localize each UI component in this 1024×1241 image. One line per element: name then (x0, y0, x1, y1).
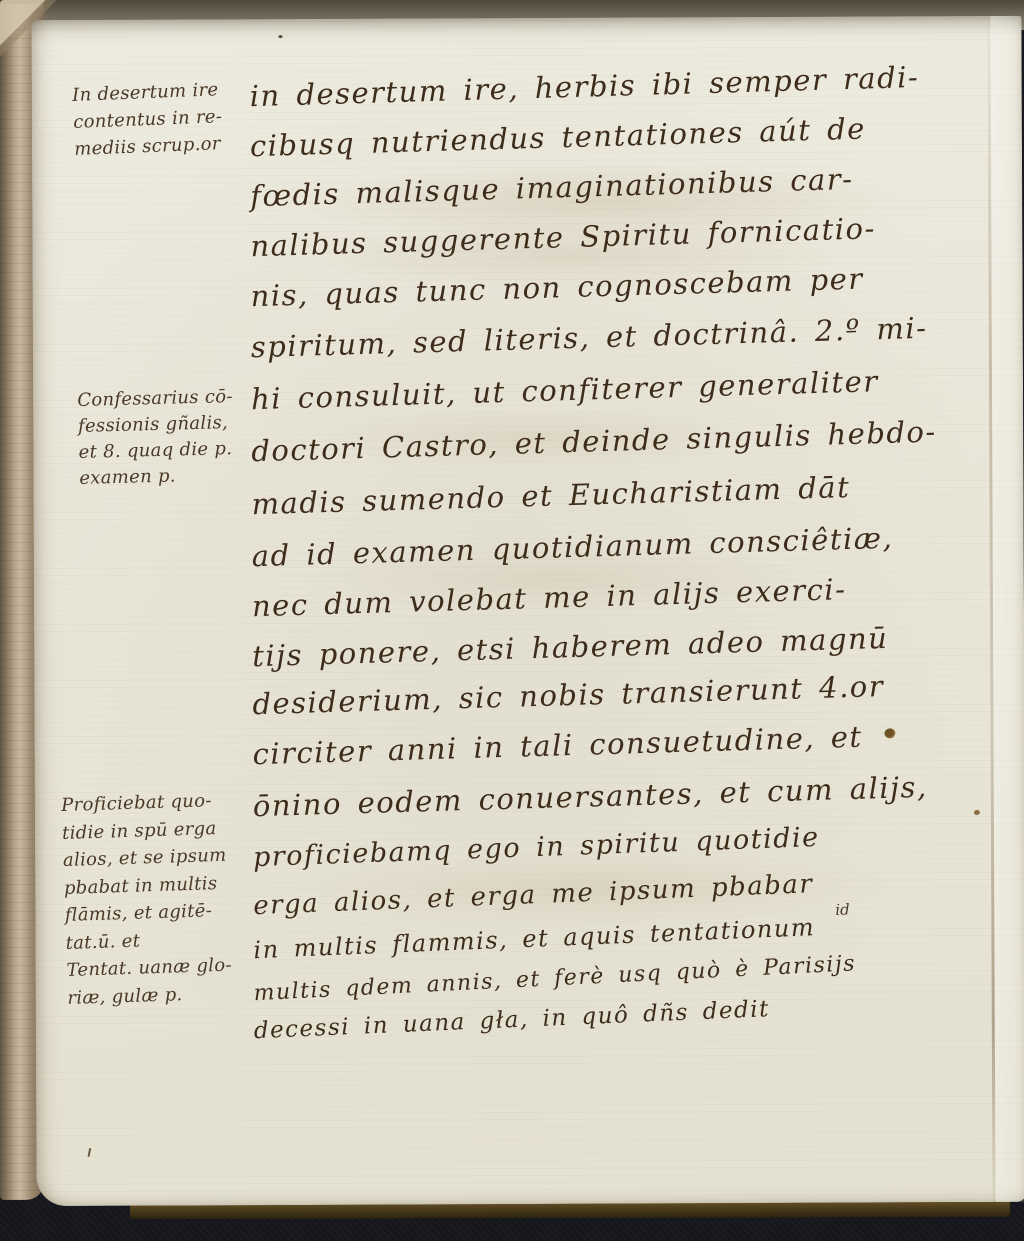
fore-edge-highlight (990, 16, 1024, 1202)
body-line: nec dum volebat me in alijs exerci- (251, 572, 846, 623)
ink-dot (974, 810, 980, 815)
body-line: madis sumendo et Eucharistiam dāt (251, 470, 851, 521)
body-line: cibusq nutriendus tentationes aút de (249, 111, 866, 163)
margin-note-3: Proficiebat quo- tidie in spū erga alios… (61, 786, 268, 1012)
body-line: decessi in uana gła, in quô dñs dedit (253, 996, 770, 1044)
manuscript-photo: In desertum ire contentus in re- mediis … (0, 0, 1024, 1241)
interlinear-insertion: id (835, 900, 850, 919)
body-line: proficiebamq ego in spiritu quotidie (253, 822, 821, 873)
body-line: hi consuluit, ut confiterer generaliter (251, 364, 879, 416)
body-line: tijs ponere, etsi haberem adeo magnū (252, 621, 889, 673)
ink-speck (278, 35, 282, 38)
body-line: erga alios, et erga me ipsum pbabar (253, 869, 814, 921)
body-line: fœdis malisque imaginationibus car- (250, 162, 854, 213)
margin-note-2: Confessarius cō- fessionis gñalis, et 8.… (77, 383, 280, 492)
body-line: nis, quas tunc non cognoscebam per (250, 262, 864, 314)
ink-speck (87, 1148, 91, 1157)
margin-note-1: In desertum ire contentus in re- mediis … (72, 74, 275, 163)
body-line: ad id examen quotidianum consciêtiæ, (251, 521, 893, 573)
body-line: doctori Castro, et deinde singulis hebdo… (251, 414, 937, 468)
body-line: in desertum ire, herbis ibi semper radi- (249, 60, 919, 113)
body-line: ōnino eodem conuersantes, et cum alijs, (252, 770, 928, 823)
margin-note-line: examen p. (79, 461, 280, 492)
manuscript-page: In desertum ire contentus in re- mediis … (31, 16, 1024, 1206)
body-line: nalibus suggerente Spiritu fornicatio- (250, 211, 876, 263)
body-line: desiderium, sic nobis transierunt 4.or (252, 669, 885, 721)
margin-note-line: riæ, gulæ p. (67, 978, 268, 1012)
ink-blotch (885, 728, 896, 738)
body-line: spiritum, sed literis, et doctrinâ. 2.º … (250, 311, 928, 364)
body-line: circiter anni in tali consuetudine, et (252, 720, 863, 772)
